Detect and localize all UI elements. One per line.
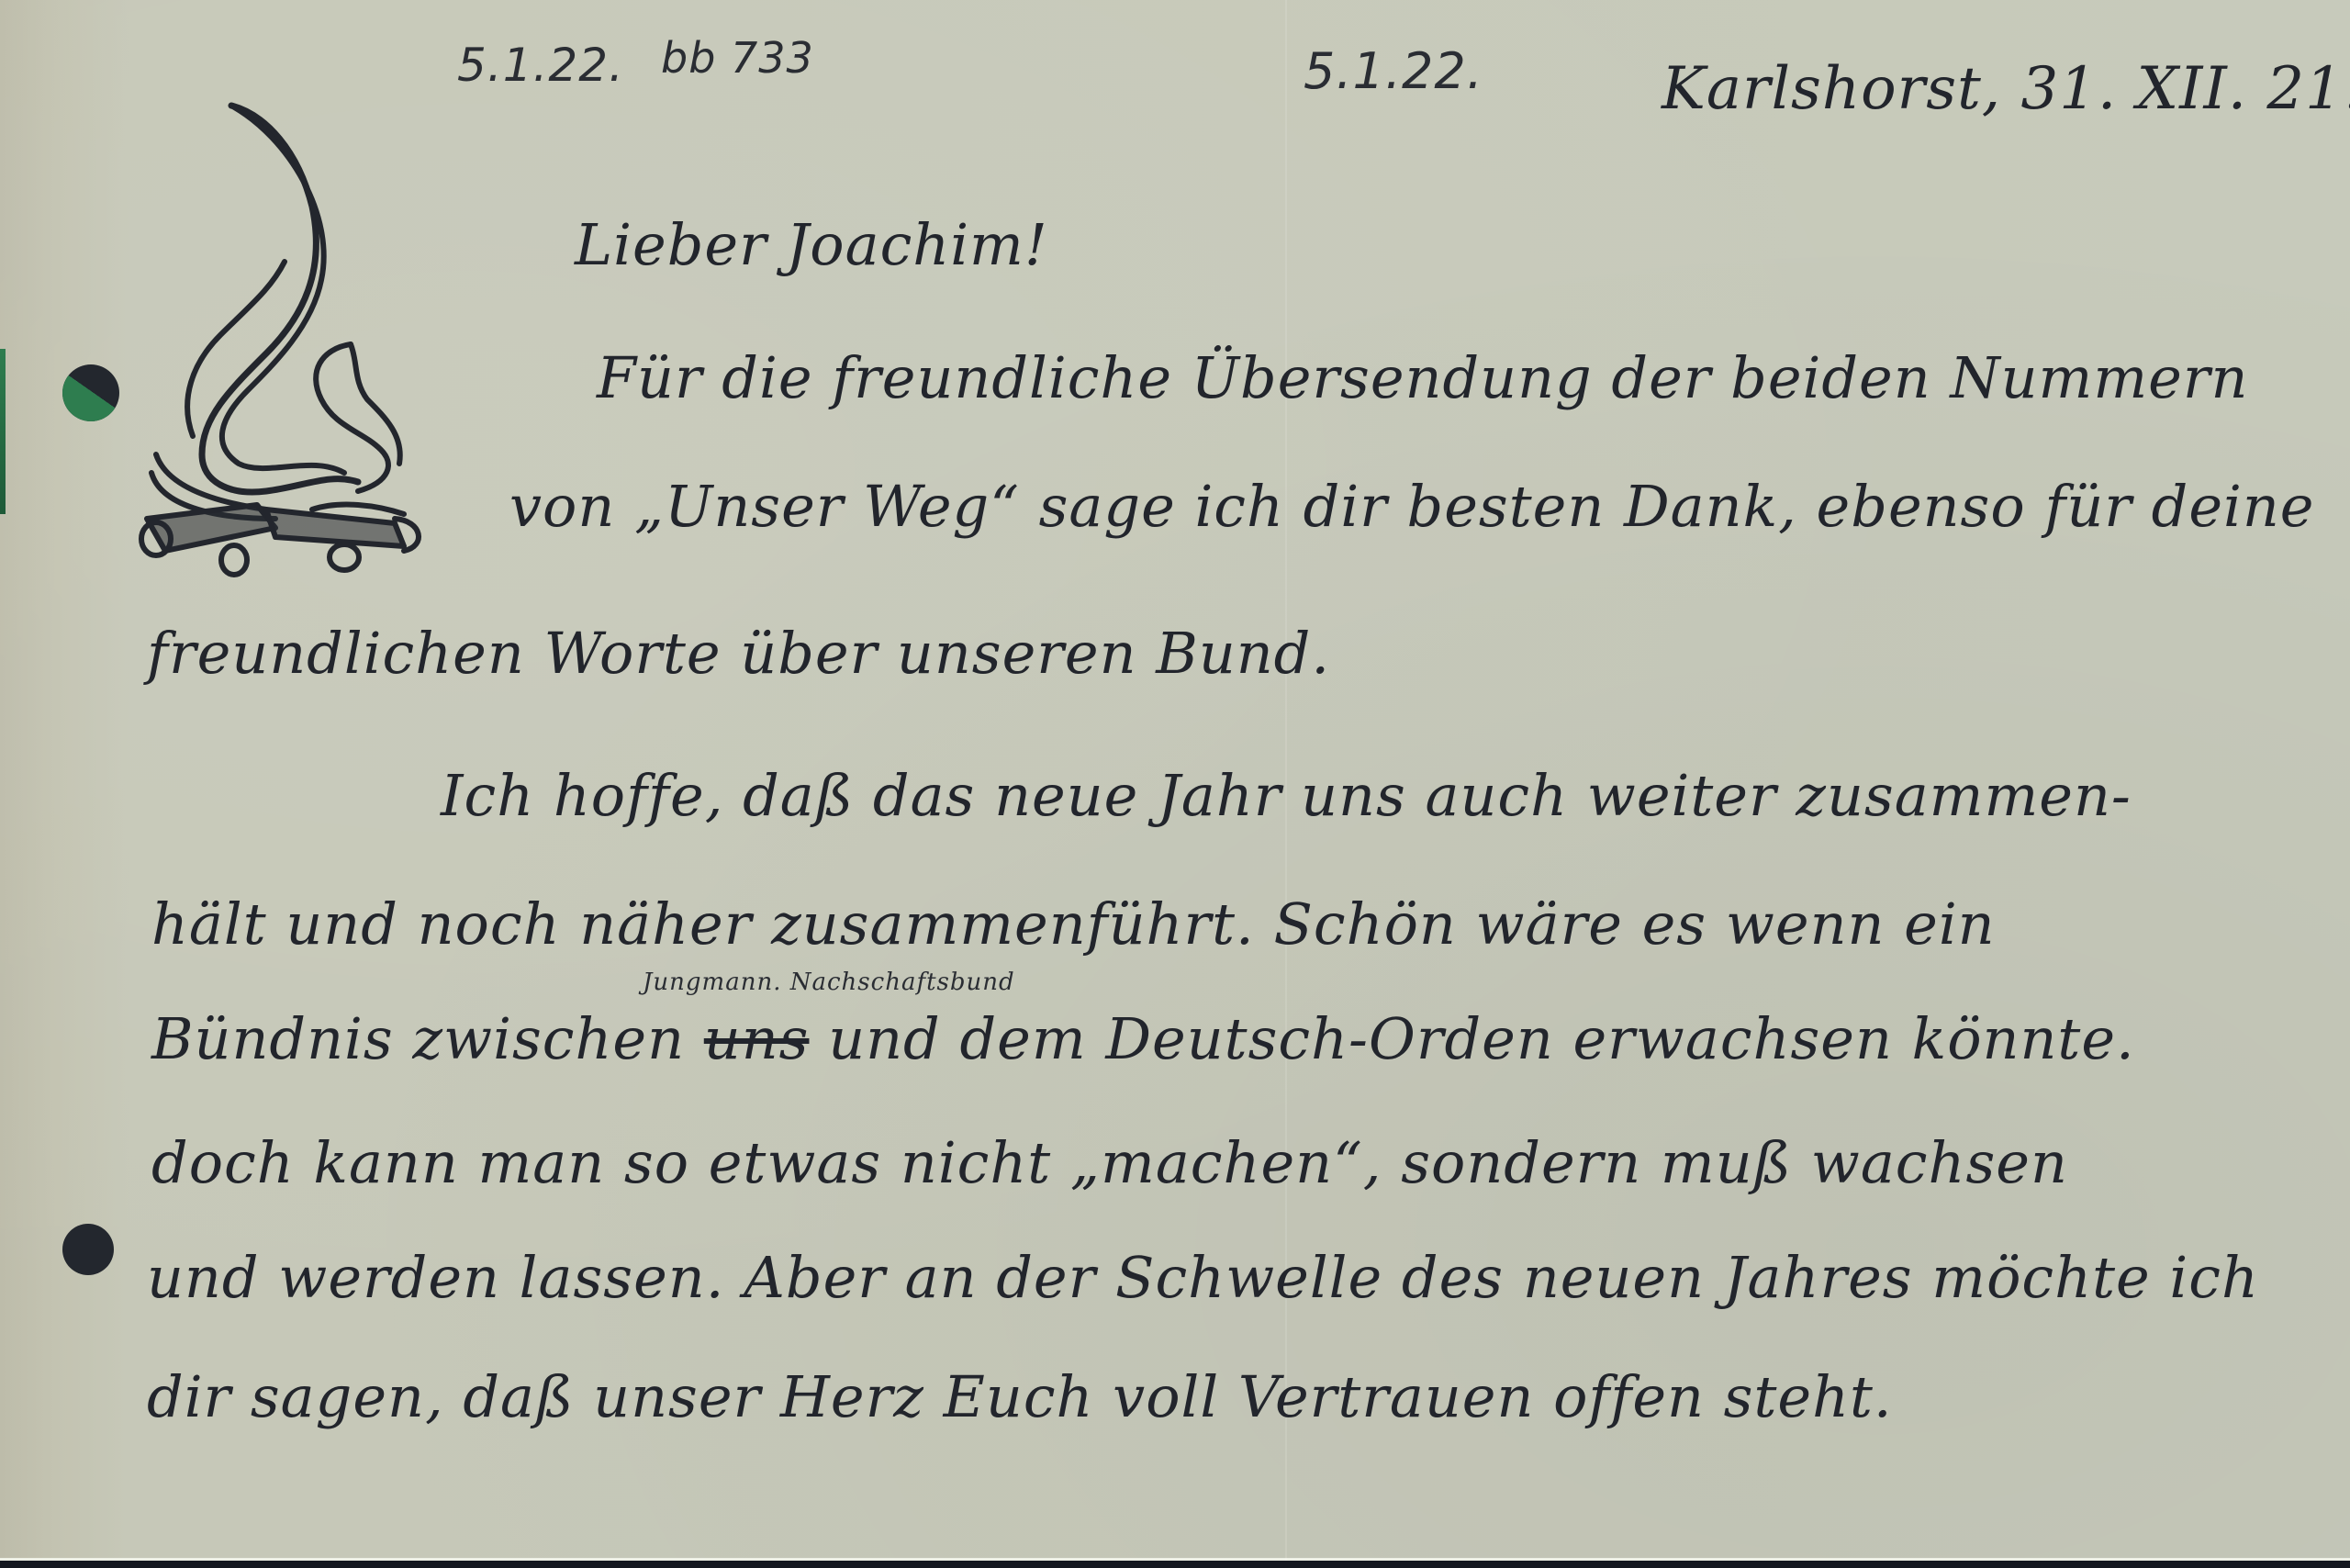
body-line-8: und werden lassen. Aber an der Schwelle … — [147, 1244, 2259, 1311]
scan-bottom-edge — [0, 1561, 2350, 1568]
body-line-2: von „Unser Weg“ sage ich dir besten Dank… — [509, 473, 2314, 540]
archive-date-left: 5.1.22. — [457, 39, 624, 92]
salutation: Lieber Joachim! — [575, 211, 1048, 278]
body-line-1: Für die freundliche Übersendung der beid… — [597, 344, 2248, 411]
archive-reference: bb 733 — [661, 33, 814, 83]
campfire-flame-icon — [129, 87, 431, 583]
body-line-9: dir sagen, daß unser Herz Euch voll Vert… — [147, 1363, 1893, 1430]
body-line-7: doch kann man so etwas nicht „machen“, s… — [151, 1129, 2068, 1196]
archive-date-center: 5.1.22. — [1304, 42, 1483, 100]
punch-hole-lower — [62, 1224, 114, 1275]
body-line-4: Ich hoffe, daß das neue Jahr uns auch we… — [441, 762, 2132, 829]
green-backing — [62, 364, 119, 421]
line6-start: Bündnis zwischen — [151, 1005, 685, 1072]
struck-word: uns — [704, 1005, 810, 1072]
line6-rest: und dem Deutsch-Orden erwachsen könnte. — [828, 1005, 2135, 1072]
punch-hole-upper — [62, 364, 119, 421]
body-line-3: freundlichen Worte über unseren Bund. — [147, 620, 1330, 687]
body-line-6: Bündnis zwischen uns und dem Deutsch-Ord… — [151, 1005, 2135, 1072]
green-folder-edge — [0, 349, 6, 514]
letter-sheet: 5.1.22. bb 733 5.1.22. Karlshorst, 31. X… — [0, 0, 2350, 1561]
interlinear-insertion: Jungmann. Nachschaftsbund — [643, 969, 1015, 996]
body-line-5: hält und noch näher zusammenführt. Schön… — [151, 890, 1996, 958]
place-date: Karlshorst, 31. XII. 21. — [1662, 55, 2350, 123]
